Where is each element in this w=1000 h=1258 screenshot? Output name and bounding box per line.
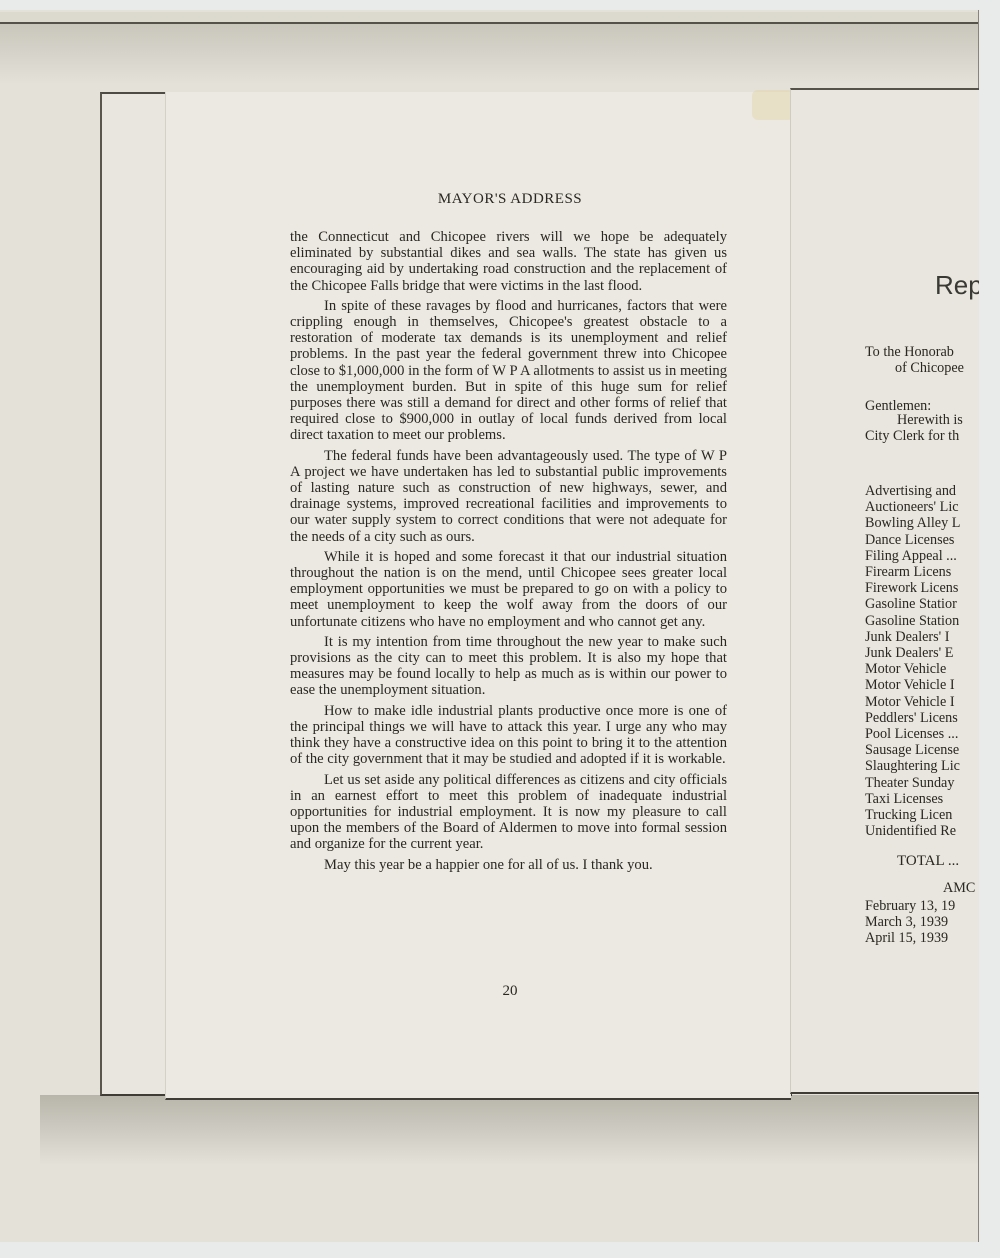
paragraph: How to make idle industrial plants produ… [290, 703, 727, 768]
license-item: Motor Vehicle [865, 661, 960, 677]
salutation-line-1: To the Honorab [865, 344, 954, 360]
report-title: Rep [935, 270, 979, 301]
paper-stain [752, 90, 794, 120]
page-header: MAYOR'S ADDRESS [280, 191, 740, 208]
license-item: Filing Appeal ... [865, 548, 960, 564]
date-item: February 13, 19 [865, 898, 955, 914]
total-label: TOTAL ... [897, 853, 959, 869]
date-list: February 13, 19 March 3, 1939 April 15, … [865, 898, 955, 947]
license-item: Pool Licenses ... [865, 726, 960, 742]
right-page: Rep To the Honorab of Chicopee Gentlemen… [790, 88, 979, 1094]
license-item: Trucking Licen [865, 807, 960, 823]
paragraph: The federal funds have been advantageous… [290, 448, 727, 545]
intro-line-2: City Clerk for th [865, 428, 959, 444]
date-item: April 15, 1939 [865, 930, 955, 946]
license-item: Dance Licenses [865, 532, 960, 548]
license-item: Unidentified Re [865, 823, 960, 839]
paragraph: the Connecticut and Chicopee rivers will… [290, 229, 727, 294]
license-item: Firework Licens [865, 580, 960, 596]
paragraph: In spite of these ravages by flood and h… [290, 298, 727, 444]
backing-top-edge [0, 12, 978, 24]
license-item: Slaughtering Lic [865, 758, 960, 774]
license-item: Theater Sunday [865, 775, 960, 791]
license-item: Junk Dealers' I [865, 629, 960, 645]
license-item: Sausage License [865, 742, 960, 758]
shadow-top [0, 24, 978, 84]
page-number: 20 [480, 983, 540, 1000]
license-item: Taxi Licenses [865, 791, 960, 807]
license-item: Motor Vehicle I [865, 694, 960, 710]
mayors-address-body: the Connecticut and Chicopee rivers will… [290, 229, 727, 877]
license-item: Gasoline Station [865, 613, 960, 629]
license-item: Bowling Alley L [865, 515, 960, 531]
shadow-bottom [40, 1095, 978, 1165]
license-item: Motor Vehicle I [865, 677, 960, 693]
license-item: Auctioneers' Lic [865, 499, 960, 515]
date-item: March 3, 1939 [865, 914, 955, 930]
license-list: Advertising and Auctioneers' Lic Bowling… [865, 483, 960, 839]
license-item: Firearm Licens [865, 564, 960, 580]
license-item: Junk Dealers' E [865, 645, 960, 661]
license-item: Peddlers' Licens [865, 710, 960, 726]
paragraph: Let us set aside any political differenc… [290, 772, 727, 853]
paragraph: It is my intention from time throughout … [290, 634, 727, 699]
license-item: Gasoline Statior [865, 596, 960, 612]
license-item: Advertising and [865, 483, 960, 499]
intro-line-1: Herewith is [897, 412, 963, 428]
salutation-line-2: of Chicopee [895, 360, 964, 376]
paragraph: While it is hoped and some forecast it t… [290, 549, 727, 630]
paragraph: May this year be a happier one for all o… [290, 857, 727, 873]
amounts-heading: AMC [943, 880, 975, 896]
